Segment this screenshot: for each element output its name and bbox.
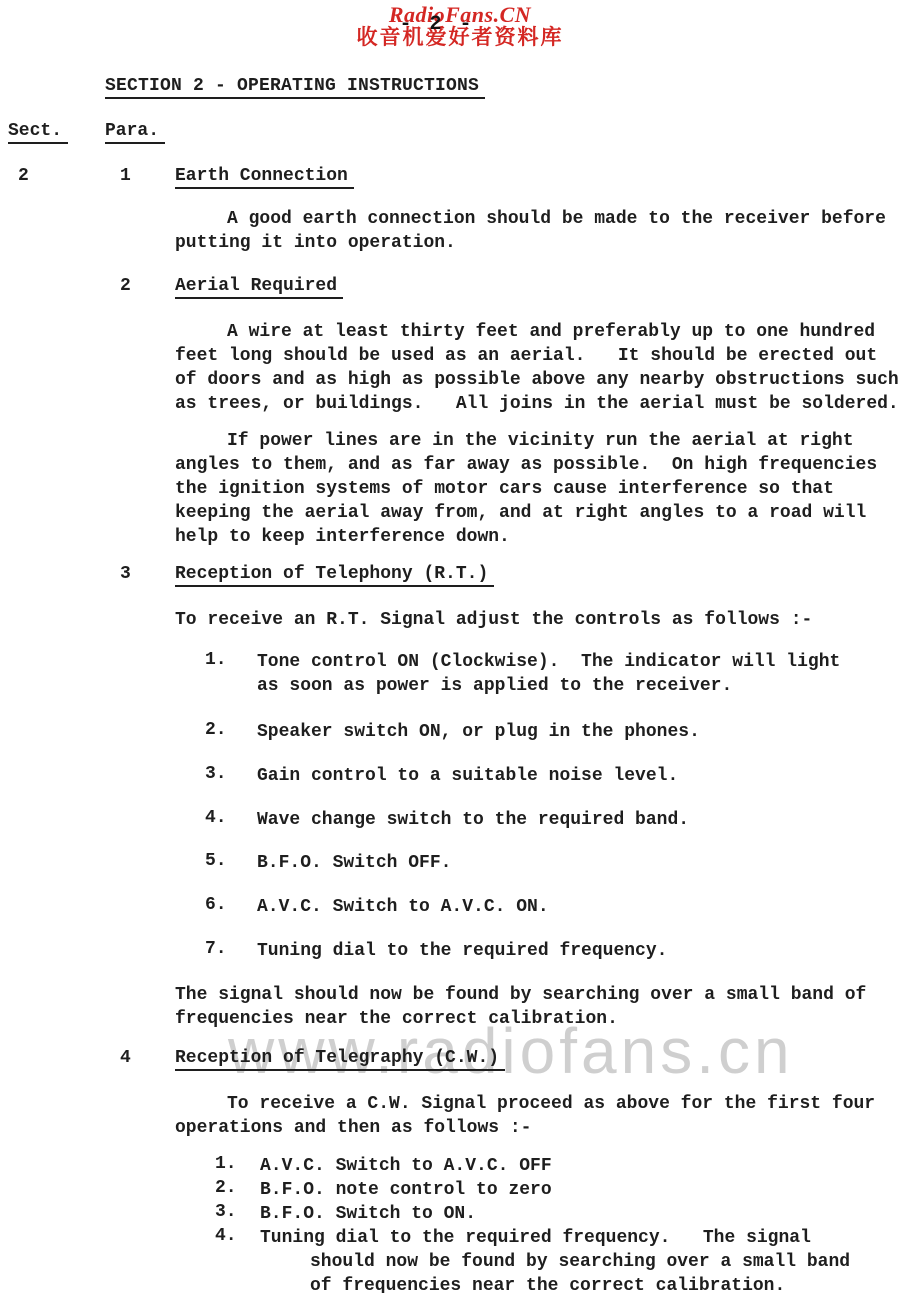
text-line: Speaker switch ON, or plug in the phones… — [257, 720, 700, 744]
document-page: RadioFans.CN - 2 - 收音机爱好者资料库 www.radiofa… — [0, 0, 920, 1293]
column-header-para: Para. — [105, 121, 165, 144]
list-item-number: 3. — [205, 764, 257, 788]
list-item: 7. Tuning dial to the required frequency… — [205, 939, 667, 963]
text-line: B.F.O. Switch to ON. — [260, 1202, 476, 1226]
heading-3-wrap: Reception of Telephony (R.T.) — [175, 564, 494, 587]
text-line: If power lines are in the vicinity run t… — [175, 429, 877, 453]
list-item-number: 3. — [215, 1202, 260, 1226]
para-number-3: 3 — [120, 564, 131, 584]
paragraph-aerial-2: If power lines are in the vicinity run t… — [175, 429, 877, 549]
heading-reception-telegraphy: Reception of Telegraphy (C.W.) — [175, 1048, 505, 1071]
list-item: 3. Gain control to a suitable noise leve… — [205, 764, 678, 788]
list-item-number: 2. — [205, 720, 257, 744]
text-line: operations and then as follows :- — [175, 1116, 875, 1140]
telegraphy-intro: To receive a C.W. Signal proceed as abov… — [175, 1092, 875, 1140]
column-header-sect-wrap: Sect. — [8, 121, 68, 144]
list-item-number: 4. — [205, 808, 257, 832]
list-item-number: 7. — [205, 939, 257, 963]
text-line: keeping the aerial away from, and at rig… — [175, 501, 877, 525]
text-line: Tuning dial to the required frequency. T… — [260, 1226, 850, 1250]
list-item: 2. B.F.O. note control to zero — [215, 1178, 552, 1202]
list-item: 1. A.V.C. Switch to A.V.C. OFF — [215, 1154, 552, 1178]
list-item: 4. Tuning dial to the required frequency… — [215, 1226, 850, 1293]
text-line: Gain control to a suitable noise level. — [257, 764, 678, 788]
telephony-outro: The signal should now be found by search… — [175, 983, 866, 1031]
text-line: The signal should now be found by search… — [175, 983, 866, 1007]
list-item: 3. B.F.O. Switch to ON. — [215, 1202, 476, 1226]
text-line: A wire at least thirty feet and preferab… — [175, 320, 899, 344]
list-item-number: 4. — [215, 1226, 260, 1293]
column-header-para-wrap: Para. — [105, 121, 165, 144]
list-item-number: 1. — [215, 1154, 260, 1178]
text-line: A good earth connection should be made t… — [175, 207, 886, 231]
list-item: 2. Speaker switch ON, or plug in the pho… — [205, 720, 700, 744]
page-number: - 2 - — [0, 13, 874, 36]
heading-aerial-required: Aerial Required — [175, 276, 343, 299]
list-item-number: 5. — [205, 851, 257, 875]
section-title: SECTION 2 - OPERATING INSTRUCTIONS — [105, 76, 485, 99]
text-line: Wave change switch to the required band. — [257, 808, 689, 832]
list-item: 5. B.F.O. Switch OFF. — [205, 851, 451, 875]
text-line: help to keep interference down. — [175, 525, 877, 549]
text-line: A.V.C. Switch to A.V.C. OFF — [260, 1154, 552, 1178]
text-line: feet long should be used as an aerial. I… — [175, 344, 899, 368]
heading-reception-telephony: Reception of Telephony (R.T.) — [175, 564, 494, 587]
heading-earth-connection: Earth Connection — [175, 166, 354, 189]
text-line: the ignition systems of motor cars cause… — [175, 477, 877, 501]
telephony-intro: To receive an R.T. Signal adjust the con… — [175, 608, 812, 632]
section-title-wrap: SECTION 2 - OPERATING INSTRUCTIONS — [105, 76, 485, 99]
heading-4-wrap: Reception of Telegraphy (C.W.) — [175, 1048, 505, 1071]
text-line: frequencies near the correct calibration… — [175, 1007, 866, 1031]
list-item-number: 1. — [205, 650, 257, 698]
text-line: as trees, or buildings. All joins in the… — [175, 392, 899, 416]
text-line: A.V.C. Switch to A.V.C. ON. — [257, 895, 549, 919]
text-line: should now be found by searching over a … — [260, 1250, 850, 1274]
heading-2-wrap: Aerial Required — [175, 276, 343, 299]
list-item: 1. Tone control ON (Clockwise). The indi… — [205, 650, 840, 698]
text-line: of doors and as high as possible above a… — [175, 368, 899, 392]
paragraph-earth: A good earth connection should be made t… — [175, 207, 886, 255]
list-item-number: 6. — [205, 895, 257, 919]
text-line: putting it into operation. — [175, 231, 886, 255]
text-line: Tuning dial to the required frequency. — [257, 939, 667, 963]
list-item-text: Tuning dial to the required frequency. T… — [260, 1226, 850, 1293]
text-line: Tone control ON (Clockwise). The indicat… — [257, 650, 840, 674]
text-line: as soon as power is applied to the recei… — [257, 674, 840, 698]
para-number-1: 1 — [120, 166, 131, 186]
text-line: B.F.O. note control to zero — [260, 1178, 552, 1202]
para-number-4: 4 — [120, 1048, 131, 1068]
heading-1-wrap: Earth Connection — [175, 166, 354, 189]
list-item-text: Tone control ON (Clockwise). The indicat… — [257, 650, 840, 698]
text-line: of frequencies near the correct calibrat… — [260, 1274, 850, 1293]
paragraph-aerial-1: A wire at least thirty feet and preferab… — [175, 320, 899, 416]
list-item: 4. Wave change switch to the required ba… — [205, 808, 689, 832]
list-item: 6. A.V.C. Switch to A.V.C. ON. — [205, 895, 549, 919]
list-item-number: 2. — [215, 1178, 260, 1202]
sect-number: 2 — [18, 166, 29, 186]
para-number-2: 2 — [120, 276, 131, 296]
text-line: To receive a C.W. Signal proceed as abov… — [175, 1092, 875, 1116]
column-header-sect: Sect. — [8, 121, 68, 144]
text-line: B.F.O. Switch OFF. — [257, 851, 451, 875]
text-line: angles to them, and as far away as possi… — [175, 453, 877, 477]
